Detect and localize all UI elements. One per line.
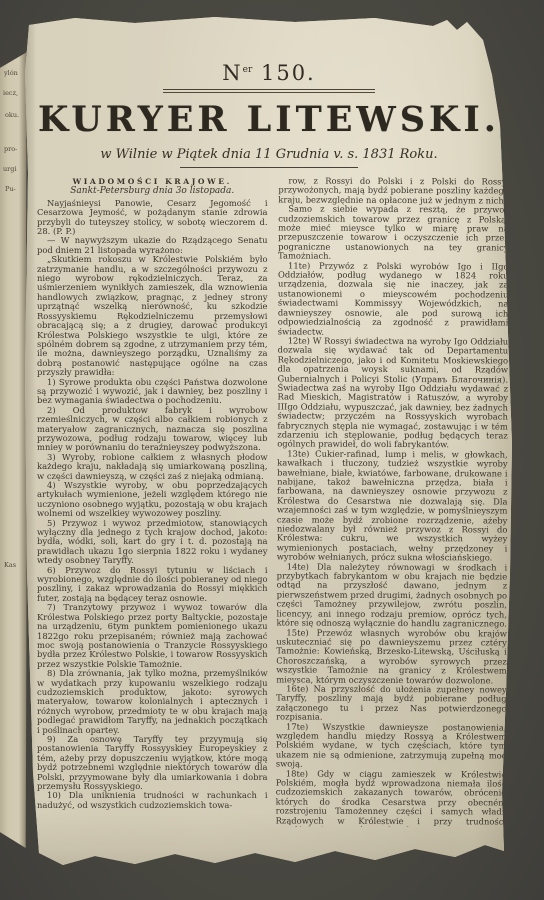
column-dateline: Sankt-Petersburg dnia 3o listopada.	[37, 187, 268, 196]
paragraph: row, z Rossyi do Polski i z Polski do Ro…	[278, 177, 509, 206]
paragraph: 3) Wyroby, robione całkiem z własnych pł…	[37, 453, 268, 481]
paragraph: Samo z siebie wypada z resztą, że przywo…	[278, 205, 509, 262]
issue-prefix: N	[222, 61, 242, 85]
issue-superscript: er	[243, 65, 253, 75]
masthead: Ner 150. KURYER LITEWSKI. w Wilnie w Pią…	[15, 13, 523, 168]
paragraph: 14te) Dla należytey równowagi w środkach…	[276, 562, 507, 629]
adjacent-page-edge: ylón iecz, oku. pro- urgi Pu- Kas	[0, 52, 27, 848]
paragraph: 13te) Cukier-rafinad, lump i melis, w gł…	[276, 449, 507, 563]
paragraph: 4) Wszystkie wyroby, w obu poprzedzający…	[37, 481, 268, 519]
spine-text-fragment: oku.	[5, 112, 19, 119]
issue-value: 150.	[261, 61, 316, 85]
spine-text-fragment: ylón	[4, 70, 18, 77]
paragraph: 2) Od produktow fabryk i wyrobow rzemieś…	[37, 406, 268, 453]
paragraph: 7) Tranzytowy przywoz i wywoz towarów dl…	[37, 603, 268, 669]
paragraph: 17te) Wszystkie dawnieysze postanowienia…	[275, 722, 506, 770]
newspaper-title: KURYER LITEWSKI.	[15, 99, 523, 140]
newspaper-page: Ner 150. KURYER LITEWSKI. w Wilnie w Pią…	[15, 13, 523, 881]
paragraph: 10) Dla uniknienia trudności w rachunkac…	[37, 791, 268, 810]
masthead-rule-top	[163, 89, 375, 93]
paragraph: 9) Za osnowę Taryffy tey przyymują się p…	[37, 735, 268, 791]
paragraph: 1) Syrowe produkta obu części Państwa do…	[37, 378, 268, 406]
paragraph: 11te) Przywóz z Polski wyrobów Igo i IIg…	[277, 261, 508, 337]
masthead-rule-bottom	[180, 167, 358, 168]
issue-number: Ner 150.	[15, 61, 523, 85]
paragraph: 5) Przywoz i wywoz przedmiotow, stanowią…	[37, 519, 268, 566]
paragraph: 18te) Gdy w ciągu zamieszek w Królestwie…	[275, 769, 506, 827]
spine-text-fragment: Pu-	[5, 186, 16, 193]
spine-text-fragment: iecz,	[3, 90, 18, 97]
paragraph: Nayjaśnieysi Panowie, Cesarz Jegomość i …	[37, 199, 268, 237]
paragraph: „Skutkiem rokoszu w Królestwie Polskiém …	[37, 255, 268, 377]
spine-text-fragment: pro-	[4, 146, 17, 153]
section-header: WIADOMOŚCI KRAJOWE.	[37, 177, 268, 186]
spine-text-fragment: Kas	[4, 562, 16, 569]
paragraph: 12te) W Rossyi świadectwa na wyroby Igo …	[277, 336, 508, 450]
spine-text-fragment: urgi	[3, 166, 17, 173]
article-body: WIADOMOŚCI KRAJOWE. Sankt-Petersburg dni…	[15, 168, 523, 827]
paragraph: 16te) Na przyszłość do ułożenia zupełney…	[276, 684, 507, 723]
paragraph: 15te) Przewóz własnych wyrobów obu krajó…	[276, 628, 507, 685]
paragraph: 6) Przywoz do Rossyi tytuniu w liściach …	[37, 566, 268, 604]
scan-background: ylón iecz, oku. pro- urgi Pu- Kas Ner 15…	[0, 0, 544, 900]
masthead-dateline: w Wilnie w Piątek dnia 11 Grudnia v. s. …	[15, 147, 523, 162]
right-column: row, z Rossyi do Polski i z Polski do Ro…	[275, 177, 508, 827]
paragraph: 8) Dla zrównania, jak tylko można, przem…	[37, 669, 268, 735]
left-column: WIADOMOŚCI KRAJOWE. Sankt-Petersburg dni…	[37, 177, 268, 827]
paragraph: — W naywyższym ukazie do Rządzącego Sena…	[37, 236, 268, 255]
